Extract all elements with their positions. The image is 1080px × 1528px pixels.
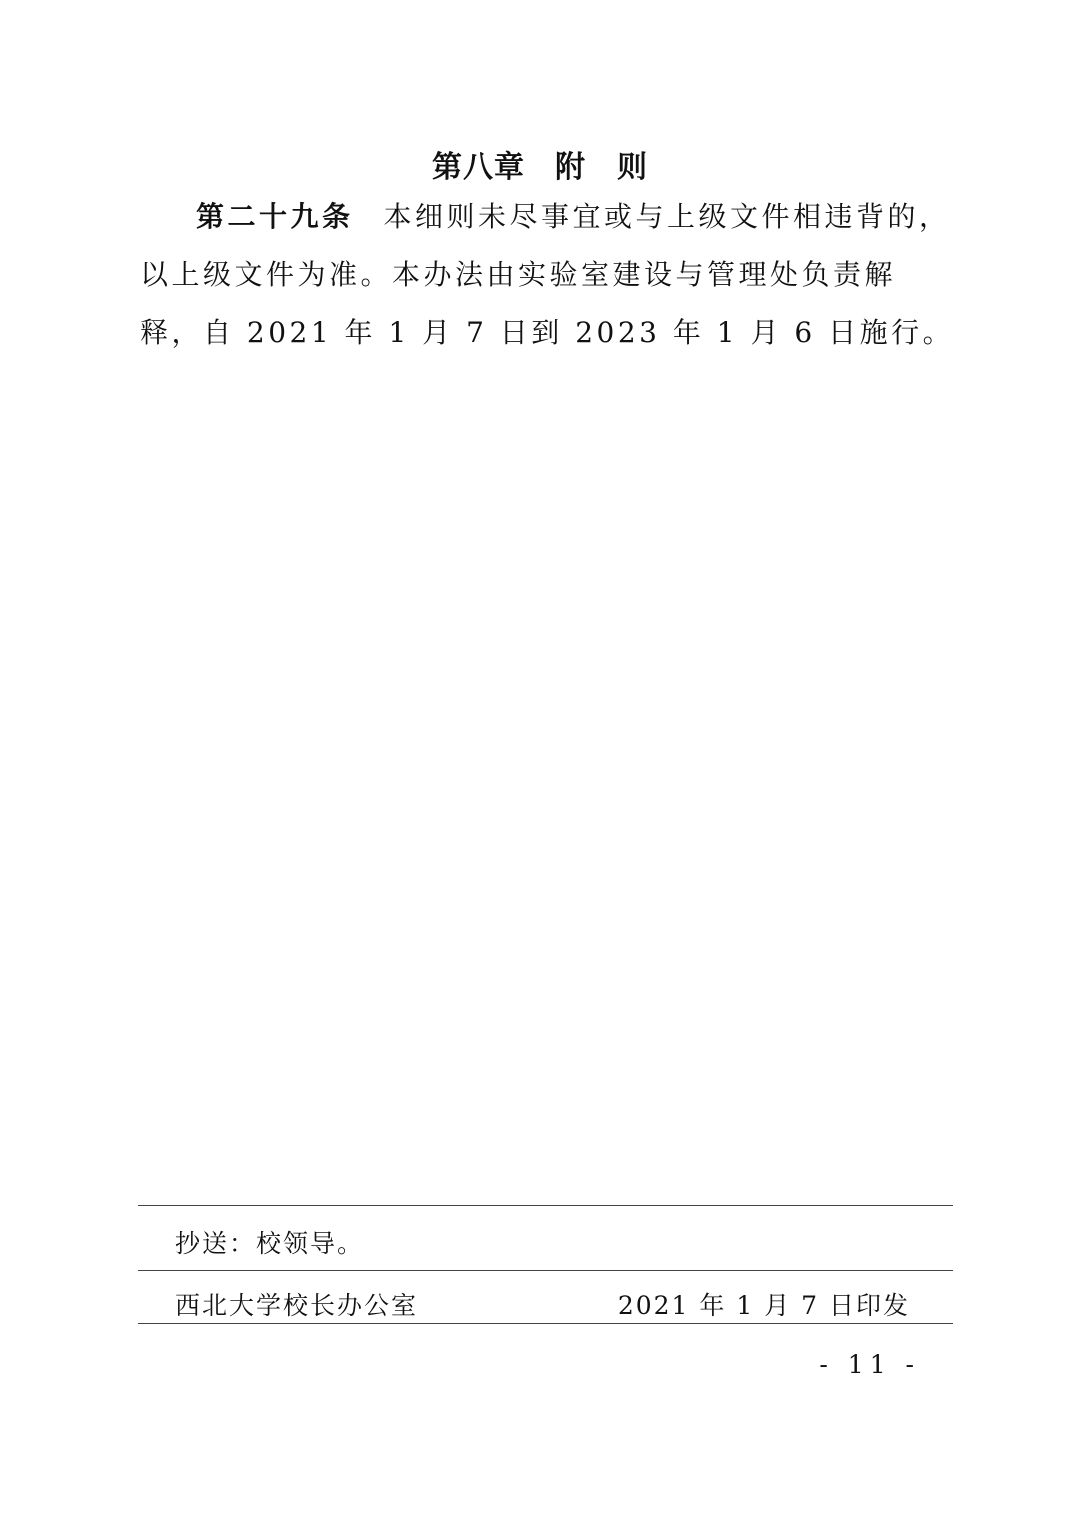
cc-line: 抄送：校领导。 [175,1224,364,1260]
page-number: - 11 - [819,1350,920,1379]
chapter-title: 附 则 [555,150,648,185]
chapter-heading: 第八章附 则 [0,142,1080,186]
divider-middle [138,1270,953,1271]
article-29-paragraph: 第二十九条本细则未尽事宜或与上级文件相违背的，以上级文件为准。本办法由实验室建设… [140,188,955,362]
issuer: 西北大学校长办公室 [175,1286,418,1322]
chapter-number: 第八章 [432,150,525,185]
divider-bottom [138,1323,953,1324]
divider-top [138,1205,953,1206]
article-label: 第二十九条 [196,200,354,233]
issue-date: 2021 年 1 月 7 日印发 [618,1286,910,1322]
